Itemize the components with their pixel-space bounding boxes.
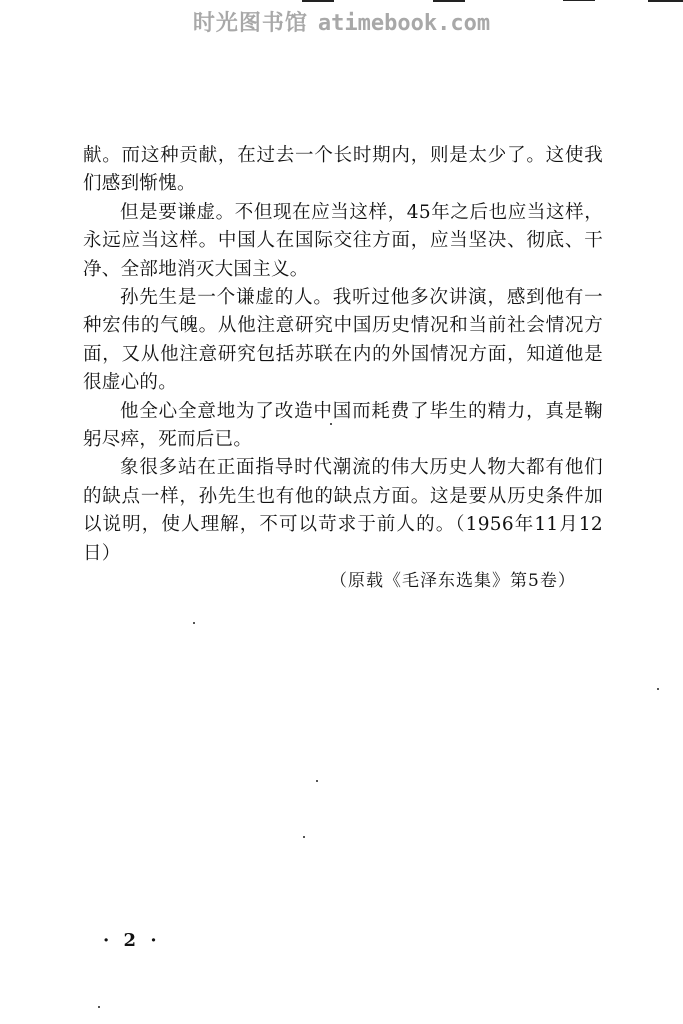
scan-edge-line: [302, 0, 334, 2]
scan-speck: [193, 622, 195, 624]
paragraph: 孙先生是一个谦虚的人。我听过他多次讲演，感到他有一种宏伟的气魄。从他注意研究中国…: [83, 284, 603, 398]
scan-speck: [316, 780, 318, 782]
page-number: · 2 ·: [103, 930, 161, 951]
scan-edge-line: [563, 0, 595, 1]
paragraph: 献。而这种贡献，在过去一个长时期内，则是太少了。这使我们感到惭愧。: [83, 142, 603, 199]
scan-speck: [303, 836, 305, 838]
scan-speck: [657, 688, 659, 690]
paragraph: 象很多站在正面指导时代潮流的伟大历史人物大都有他们的缺点一样，孙先生也有他的缺点…: [83, 454, 603, 568]
scan-edge-line: [433, 0, 465, 2]
scan-edge-line: [648, 0, 683, 2]
source-citation: （原载《毛泽东选集》第5卷）: [330, 566, 576, 591]
watermark: 时光图书馆atimebook.com: [0, 6, 683, 37]
page-body: 献。而这种贡献，在过去一个长时期内，则是太少了。这使我们感到惭愧。 但是要谦虚。…: [83, 142, 603, 568]
scan-speck: [98, 1006, 100, 1008]
paragraph: 但是要谦虚。不但现在应当这样，45年之后也应当这样，永远应当这样。中国人在国际交…: [83, 199, 603, 284]
watermark-site-url: atimebook.com: [318, 11, 490, 36]
paragraph: 他全心全意地为了改造中国而耗费了毕生的精力，真是鞠躬尽瘁，死而后已。: [83, 398, 603, 455]
watermark-site-name: 时光图书馆: [193, 11, 308, 36]
scan-speck: [330, 423, 332, 425]
